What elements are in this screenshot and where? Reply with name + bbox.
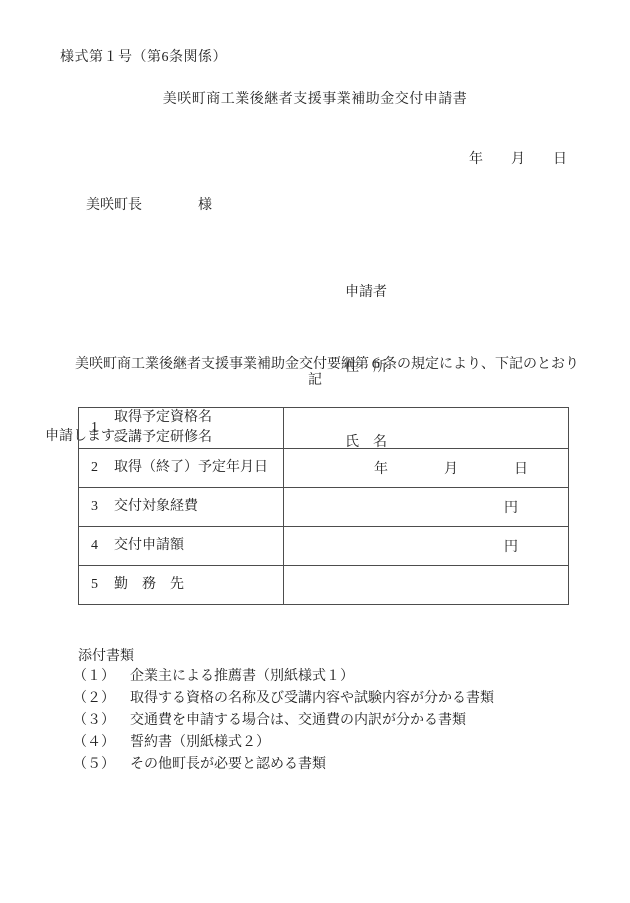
row3-label-cell: 3 交付対象経費	[79, 488, 284, 526]
date-line: 年 月 日	[469, 148, 567, 168]
application-table: 1 取得予定資格名受講予定研修名 2 取得（終了）予定年月日 年 月 日 3 交…	[78, 407, 569, 605]
applicant-heading: 申請者	[345, 280, 387, 305]
document-title: 美咲町商工業後継者支援事業補助金交付申請書	[0, 88, 630, 108]
attachment-5-text: その他町長が必要と認める書類	[130, 754, 326, 776]
row1-label-line2: 受講予定研修名	[114, 430, 212, 445]
subsidy-application-form-page: 様式第１号（第6条関係） 美咲町商工業後継者支援事業補助金交付申請書 年 月 日…	[0, 0, 630, 903]
row5-label-cell: 5 勤 務 先	[79, 566, 284, 604]
attachment-1-number: （１）	[73, 666, 130, 688]
row3-label: 交付対象経費	[114, 497, 198, 517]
row4-number: 4	[91, 538, 114, 554]
row1-value-cell	[284, 408, 568, 448]
attachment-item-1: （１） 企業主による推薦書（別紙様式１）	[73, 666, 494, 688]
attachment-1-text: 企業主による推薦書（別紙様式１）	[130, 666, 354, 688]
attachments-list: （１） 企業主による推薦書（別紙様式１） （２） 取得する資格の名称及び受講内容…	[73, 666, 494, 776]
attachment-5-number: （５）	[73, 754, 130, 776]
row5-label: 勤 務 先	[114, 575, 184, 595]
form-number: 様式第１号（第6条関係）	[60, 46, 227, 66]
row1-number: 1	[91, 420, 114, 436]
row1-label: 取得予定資格名受講予定研修名	[114, 408, 212, 448]
row4-label: 交付申請額	[114, 536, 184, 556]
row2-value-cell: 年 月 日	[284, 449, 568, 487]
ki-marker: 記	[0, 369, 630, 389]
row1-label-cell: 1 取得予定資格名受講予定研修名	[79, 408, 284, 448]
table-row-planned-date: 2 取得（終了）予定年月日 年 月 日	[79, 449, 568, 488]
attachment-3-text: 交通費を申請する場合は、交通費の内訳が分かる書類	[130, 710, 466, 732]
table-row-eligible-expenses: 3 交付対象経費 円	[79, 488, 568, 527]
row2-number: 2	[91, 460, 114, 476]
table-row-workplace: 5 勤 務 先	[79, 566, 568, 604]
attachment-3-number: （３）	[73, 710, 130, 732]
row2-label-cell: 2 取得（終了）予定年月日	[79, 449, 284, 487]
row5-value-cell	[284, 566, 568, 604]
attachment-item-5: （５） その他町長が必要と認める書類	[73, 754, 494, 776]
attachment-2-number: （２）	[73, 688, 130, 710]
row1-label-line1: 取得予定資格名	[114, 410, 212, 425]
row2-label: 取得（終了）予定年月日	[114, 458, 268, 478]
attachment-item-4: （４） 誓約書（別紙様式２）	[73, 732, 494, 754]
attachments-heading: 添付書類	[78, 645, 134, 665]
attachment-4-number: （４）	[73, 732, 130, 754]
addressee-line: 美咲町長 様	[86, 194, 212, 214]
row5-number: 5	[91, 577, 114, 593]
row3-value-cell: 円	[284, 488, 568, 526]
attachment-item-2: （２） 取得する資格の名称及び受講内容や試験内容が分かる書類	[73, 688, 494, 710]
attachment-2-text: 取得する資格の名称及び受講内容や試験内容が分かる書類	[130, 688, 494, 710]
table-row-application-amount: 4 交付申請額 円	[79, 527, 568, 566]
attachment-4-text: 誓約書（別紙様式２）	[130, 732, 270, 754]
attachment-item-3: （３） 交通費を申請する場合は、交通費の内訳が分かる書類	[73, 710, 494, 732]
row3-number: 3	[91, 499, 114, 515]
table-row-qualification: 1 取得予定資格名受講予定研修名	[79, 408, 568, 449]
row4-value-cell: 円	[284, 527, 568, 565]
row4-label-cell: 4 交付申請額	[79, 527, 284, 565]
